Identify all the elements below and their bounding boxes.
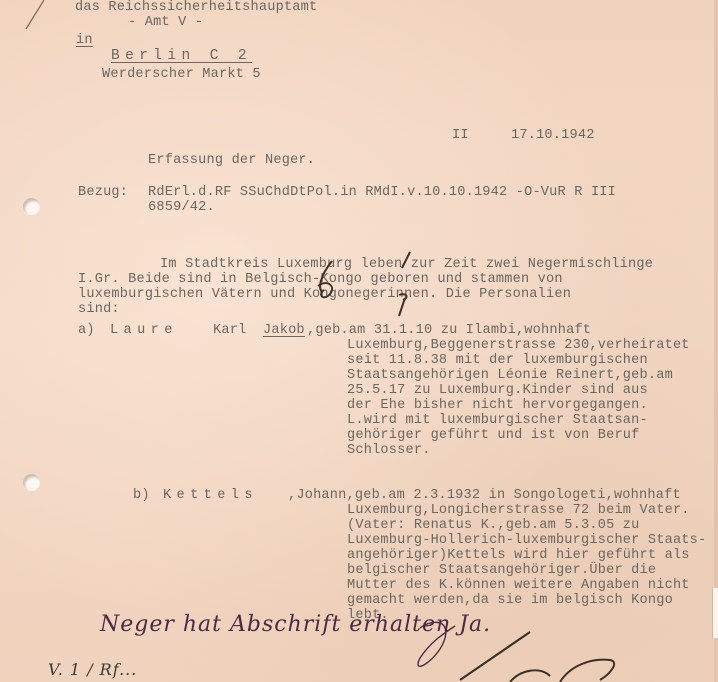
punch-hole-bottom: [23, 474, 40, 491]
person-b-marker: b): [133, 488, 150, 505]
pencil-mark-icon: [18, 0, 48, 32]
document-date: 17.10.1942: [511, 128, 595, 145]
recipient-department: - Amt V -: [128, 15, 203, 32]
person-b-line: gemacht werden,da sie im belgisch Kongo: [347, 593, 673, 610]
subject-line: Erfassung der Neger.: [148, 153, 315, 170]
person-a-given-name: Karl: [213, 323, 255, 340]
recipient-street: Werderscher Markt 5: [102, 67, 261, 84]
recipient-in: in: [76, 33, 93, 50]
person-a-marker: a): [78, 323, 95, 340]
bezug-line1: RdErl.d.RF SSuChdDtPol.in RMdI.v.10.10.1…: [148, 185, 616, 202]
signature-icon: [440, 630, 660, 682]
bezug-label: Bezug:: [78, 185, 128, 202]
person-a-line: Schlosser.: [347, 443, 431, 460]
ink-correction-mark-icon: [398, 250, 418, 270]
reference-number: II: [452, 128, 469, 145]
handwritten-bottom-fragment: V. 1 / Rf...: [48, 660, 137, 679]
intro-line: sind:: [78, 302, 120, 319]
bezug-line2: 6859/42.: [148, 200, 215, 217]
paper-edge-tab: [712, 588, 718, 638]
person-b-surname: Kettels: [163, 488, 258, 505]
paper-edge: [714, 0, 718, 682]
document-page: das Reichssicherheitshauptamt - Amt V - …: [0, 0, 714, 682]
punch-hole-top: [23, 198, 40, 215]
person-a-surname: Laure: [110, 323, 178, 340]
recipient-city: Berlin C 2: [111, 48, 252, 65]
ink-correction-mark-icon: [393, 290, 413, 320]
person-a-given-name-underlined: Jakob: [263, 323, 305, 340]
